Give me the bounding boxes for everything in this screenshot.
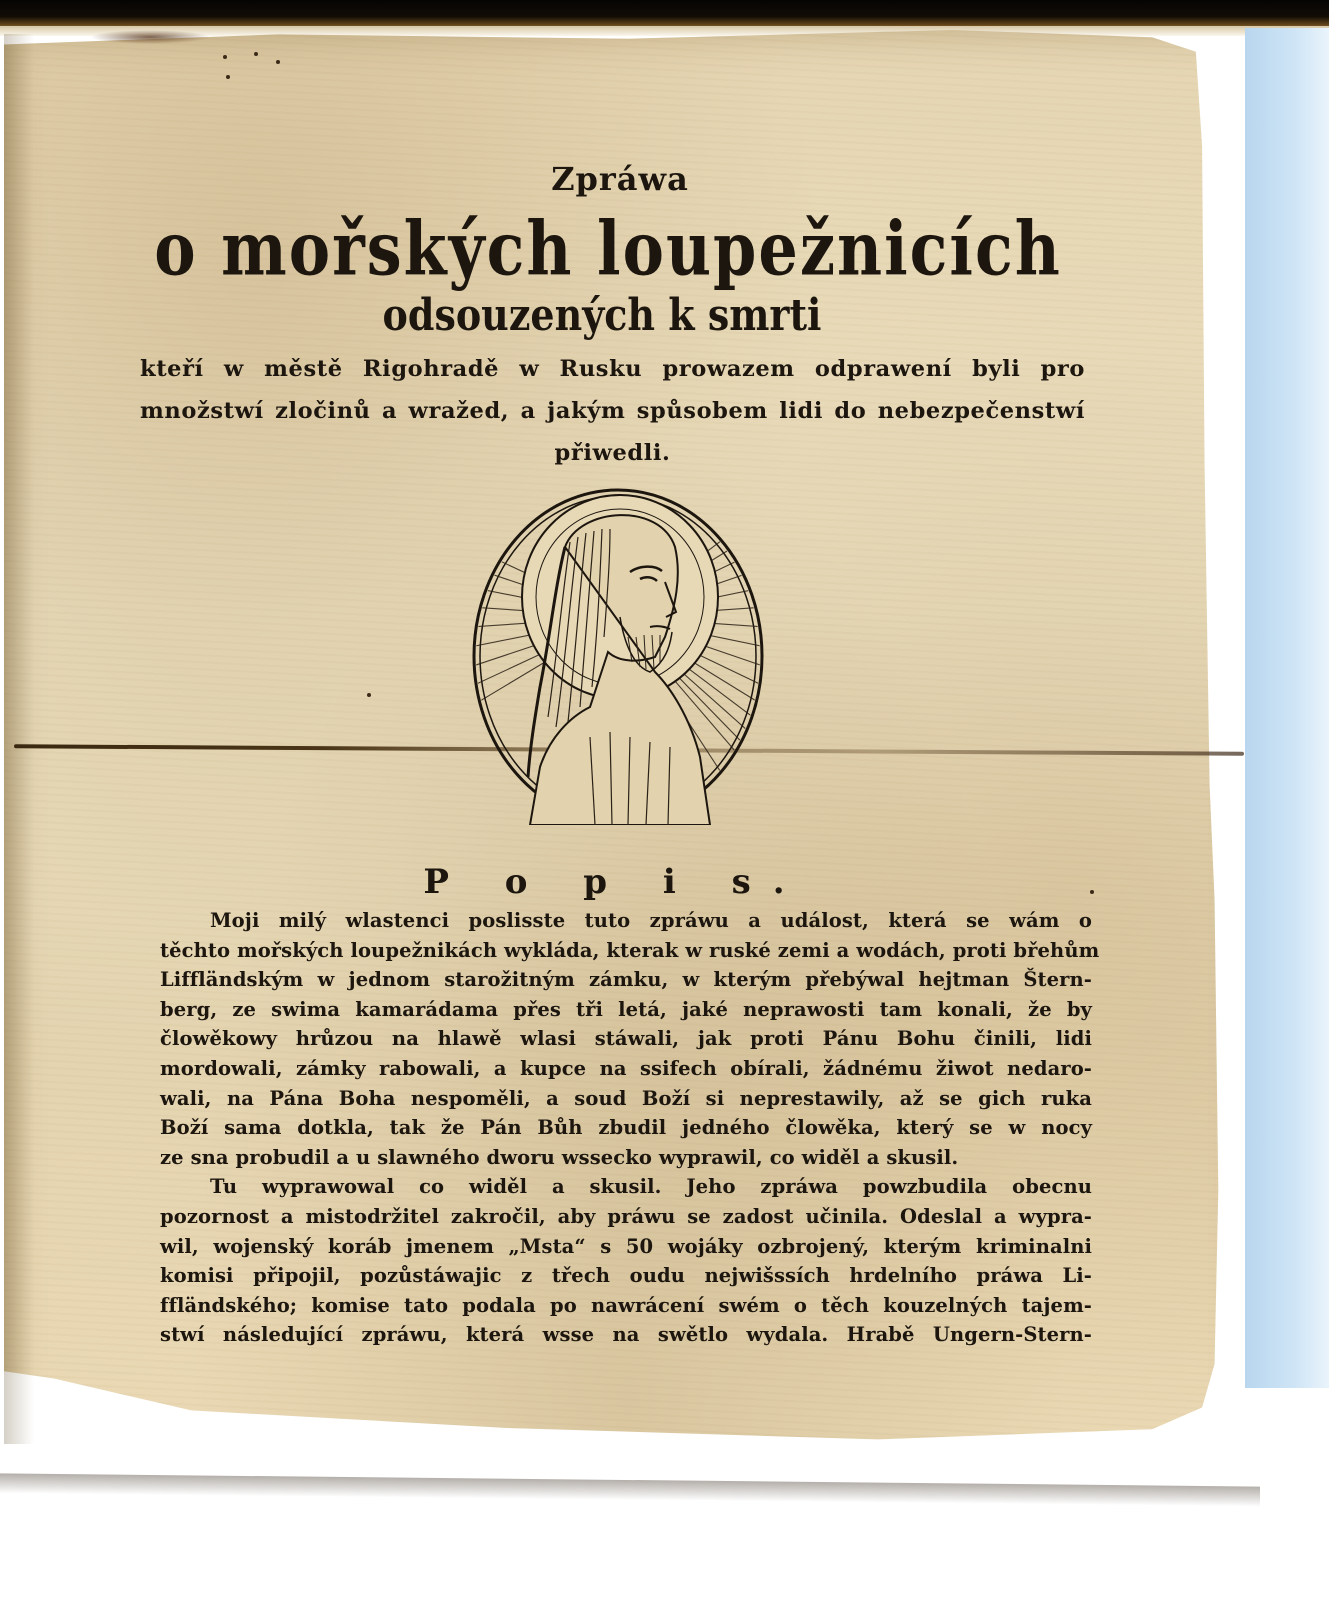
body-line: wali, na Pána Boha nespoměli, a soud Bož…	[160, 1084, 1092, 1114]
body-line: berg, ze swima kamarádama přes tři letá,…	[160, 995, 1092, 1025]
body-line: pozornost a mistodržitel zakročil, aby p…	[160, 1202, 1092, 1232]
title-line-1: Zpráwa	[0, 160, 1240, 198]
body-line: těchto mořských loupežnikách wykláda, kt…	[160, 936, 1092, 966]
body-line: ffländského; komise tato podala po nawrá…	[160, 1291, 1092, 1321]
body-line: stwí následující zpráwu, která wsse na s…	[160, 1320, 1092, 1350]
body-line: Liffländským w jednom starožitným zámku,…	[160, 965, 1092, 995]
body-line: Moji milý wlastenci poslisste tuto zpráw…	[160, 906, 1092, 936]
body-line: ze sna probudil a u slawného dworu wssec…	[160, 1143, 1092, 1173]
section-heading-popis: P o p i s.	[0, 862, 1230, 902]
body-line: Boží sama dotkla, tak že Pán Bůh zbudil …	[160, 1113, 1092, 1143]
subtitle-paragraph: kteří w městě Rigohradě w Rusku prowazem…	[140, 348, 1085, 474]
broadside-content: Zpráwa o mořských loupežnicích odsouzený…	[0, 0, 1329, 1600]
title-line-2: o mořských loupežnicích	[0, 205, 1216, 293]
title-line-3: odsouzených k smrti	[0, 289, 1204, 341]
body-text: Moji milý wlastenci poslisste tuto zpráw…	[160, 906, 1092, 1350]
body-line: člowěkowy hrůzou na hlawě wlasi stáwali,…	[160, 1024, 1092, 1054]
body-line: mordowali, zámky rabowali, a kupce na ss…	[160, 1054, 1092, 1084]
body-line: Tu wyprawowal co widěl a skusil. Jeho zp…	[160, 1172, 1092, 1202]
body-line: komisi připojil, pozůstáwajic z třech ou…	[160, 1261, 1092, 1291]
christ-portrait-woodcut-icon	[470, 487, 766, 825]
body-line: wil, wojenský koráb jmenem „Msta“ s 50 w…	[160, 1232, 1092, 1262]
